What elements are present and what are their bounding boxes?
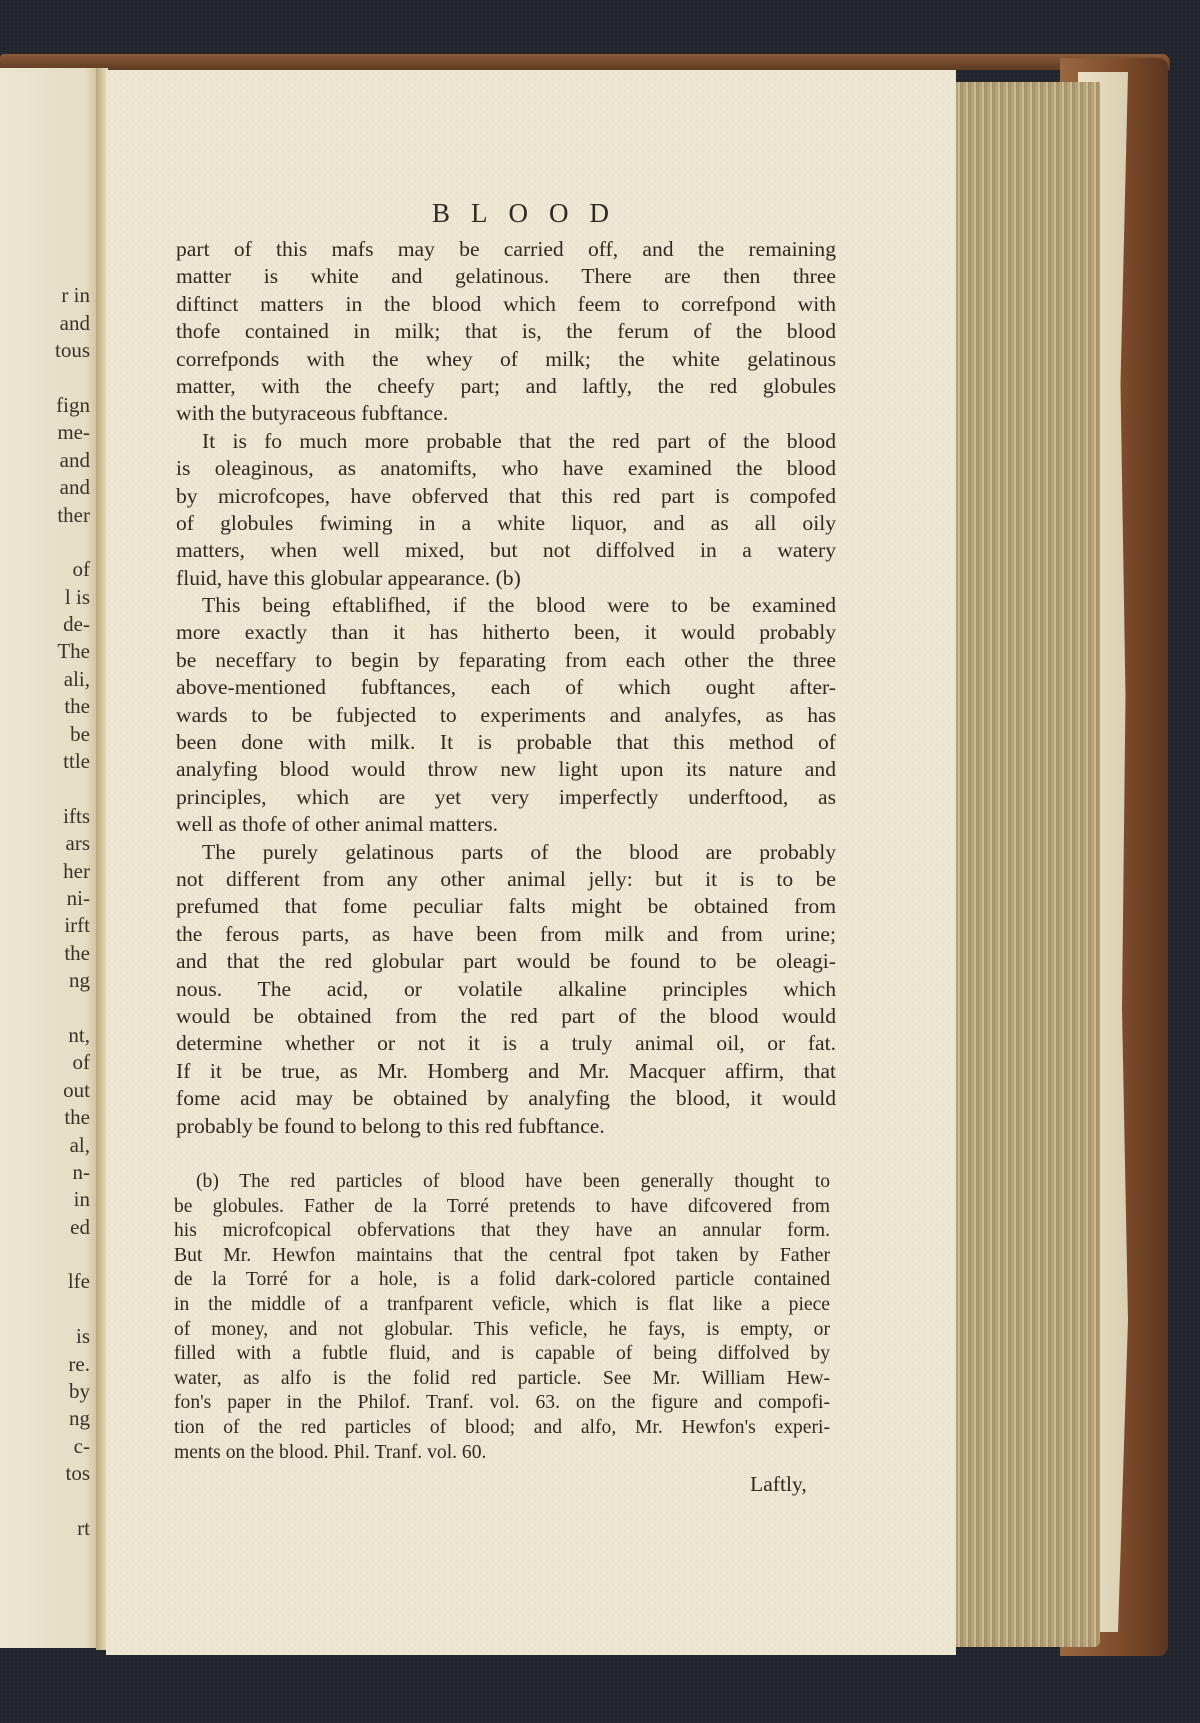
footnote-line: in the middle of a tranfparent veficle, … [174, 1293, 830, 1318]
left-page-fragment: nt, [0, 1022, 90, 1049]
text-line: matter is white and gelatinous. There ar… [176, 263, 836, 290]
left-page-fragment: ng [0, 967, 90, 994]
text-line: nous. The acid, or volatile alkaline pri… [176, 976, 836, 1003]
text-line: and that the red globular part would be … [176, 948, 836, 975]
text-line: analyfing blood would throw new light up… [176, 756, 836, 783]
left-page-fragment: ther [0, 502, 90, 529]
footnote-line: ments on the blood. Phil. Tranf. vol. 60… [174, 1441, 830, 1466]
text-line: with the butyraceous fubftance. [176, 400, 836, 427]
footnote-line: be globules. Father de la Torré pretends… [174, 1195, 830, 1220]
text-line: been done with milk. It is probable that… [176, 729, 836, 756]
left-page-fragment: the [0, 693, 90, 720]
left-page-fragment: and [0, 310, 90, 337]
left-page-fragment: her [0, 858, 90, 885]
left-page-fragment: the [0, 1104, 90, 1131]
text-line: diftinct matters in the blood which feem… [176, 291, 836, 318]
left-page-fragment: ifts [0, 803, 90, 830]
left-page-fragment: me- [0, 419, 90, 446]
left-page-fragment: re. [0, 1351, 90, 1378]
left-page-fragment: c- [0, 1433, 90, 1460]
text-line: If it be true, as Mr. Homberg and Mr. Ma… [176, 1058, 836, 1085]
text-line: matter, with the cheefy part; and laftly… [176, 373, 836, 400]
footnote-line: tion of the red particles of blood; and … [174, 1416, 830, 1441]
left-page-fragment [0, 1296, 90, 1323]
left-page-text-fragments: r inandtousfignme-andandtherofl isde-The… [0, 255, 90, 1542]
text-line: by microfcopes, have obferved that this … [176, 483, 836, 510]
text-line: would be obtained from the red part of t… [176, 1003, 836, 1030]
text-line: This being eftablifhed, if the blood wer… [176, 592, 836, 619]
left-page-fragment: ed [0, 1214, 90, 1241]
left-page-fragment: ali, [0, 666, 90, 693]
text-line: above-mentioned fubftances, each of whic… [176, 674, 836, 701]
left-page-fragment: out [0, 1077, 90, 1104]
main-text-body: part of this mafs may be carried off, an… [176, 236, 836, 1140]
left-page-fragment: be [0, 721, 90, 748]
left-page-fragment [0, 775, 90, 802]
left-page-fragment: the [0, 940, 90, 967]
left-page-fragment: r in [0, 282, 90, 309]
left-page-fragment: rt [0, 1515, 90, 1542]
left-page-fragment: and [0, 474, 90, 501]
text-line: be neceffary to begin by feparating from… [176, 647, 836, 674]
text-line: probably be found to belong to this red … [176, 1113, 836, 1140]
text-line: determine whether or not it is a truly a… [176, 1030, 836, 1057]
text-line: correfponds with the whey of milk; the w… [176, 346, 836, 373]
left-page-fragment: lfe [0, 1268, 90, 1295]
left-page-fragment: by [0, 1378, 90, 1405]
footnote-line: filled with a fubtle fluid, and is capab… [174, 1342, 830, 1367]
footnote-b: (b) The red particles of blood have been… [174, 1170, 830, 1465]
left-page-fragment: is [0, 1323, 90, 1350]
left-page-fragment: ng [0, 1405, 90, 1432]
left-page-fragment: de- [0, 611, 90, 638]
text-line: more exactly than it has hitherto been, … [176, 619, 836, 646]
book-binding-top [0, 54, 1170, 70]
text-line: The purely gelatinous parts of the blood… [176, 839, 836, 866]
footnote-line: de la Torré for a hole, is a folid dark-… [174, 1268, 830, 1293]
left-page-fragment: ttle [0, 748, 90, 775]
left-page-fragment [0, 255, 90, 282]
left-page-fragment [0, 1488, 90, 1515]
page-edges [955, 82, 1100, 1647]
footnote-line: (b) The red particles of blood have been… [174, 1170, 830, 1195]
left-page-fragment: of [0, 1049, 90, 1076]
text-line: not different from any other animal jell… [176, 866, 836, 893]
text-line: wards to be fubjected to experiments and… [176, 702, 836, 729]
text-line: the ferous parts, as have been from milk… [176, 921, 836, 948]
footnote-line: fon's paper in the Philof. Tranf. vol. 6… [174, 1391, 830, 1416]
left-page-fragment: in [0, 1186, 90, 1213]
left-page-fragment: fign [0, 392, 90, 419]
text-line: It is fo much more probable that the red… [176, 428, 836, 455]
footnote-line: of money, and not globular. This veficle… [174, 1318, 830, 1343]
left-page-fragment: and [0, 447, 90, 474]
left-page-fragment: al, [0, 1132, 90, 1159]
footnote-line: his microfcopical obfervations that they… [174, 1219, 830, 1244]
footnote-line: But Mr. Hewfon maintains that the centra… [174, 1244, 830, 1269]
left-page-fragment: irft [0, 912, 90, 939]
left-page-fragment: ni- [0, 885, 90, 912]
left-page-fragment: tos [0, 1460, 90, 1487]
text-line: prefumed that fome peculiar falts might … [176, 893, 836, 920]
text-line: fome acid may be obtained by analyfing t… [176, 1085, 836, 1112]
text-line: thofe contained in milk; that is, the fe… [176, 318, 836, 345]
text-line: matters, when well mixed, but not diffol… [176, 537, 836, 564]
text-line: of globules fwiming in a white liquor, a… [176, 510, 836, 537]
running-head: BLOOD [106, 198, 956, 229]
footnote-line: water, as alfo is the folid red particle… [174, 1367, 830, 1392]
text-line: is oleaginous, as anatomifts, who have e… [176, 455, 836, 482]
text-line: part of this mafs may be carried off, an… [176, 236, 836, 263]
left-page-fragment: n- [0, 1159, 90, 1186]
text-line: fluid, have this globular appearance. (b… [176, 565, 836, 592]
left-page-fragment: The [0, 638, 90, 665]
catchword: Laftly, [750, 1472, 807, 1497]
left-page-fragment: of [0, 556, 90, 583]
text-line: well as thofe of other animal matters. [176, 811, 836, 838]
left-page: r inandtousfignme-andandtherofl isde-The… [0, 68, 100, 1648]
left-page-fragment: l is [0, 584, 90, 611]
left-page-fragment [0, 365, 90, 392]
left-page-fragment: tous [0, 337, 90, 364]
left-page-fragment [0, 529, 90, 556]
left-page-fragment [0, 1241, 90, 1268]
left-page-fragment [0, 995, 90, 1022]
left-page-fragment: ars [0, 830, 90, 857]
text-line: principles, which are yet very imperfect… [176, 784, 836, 811]
